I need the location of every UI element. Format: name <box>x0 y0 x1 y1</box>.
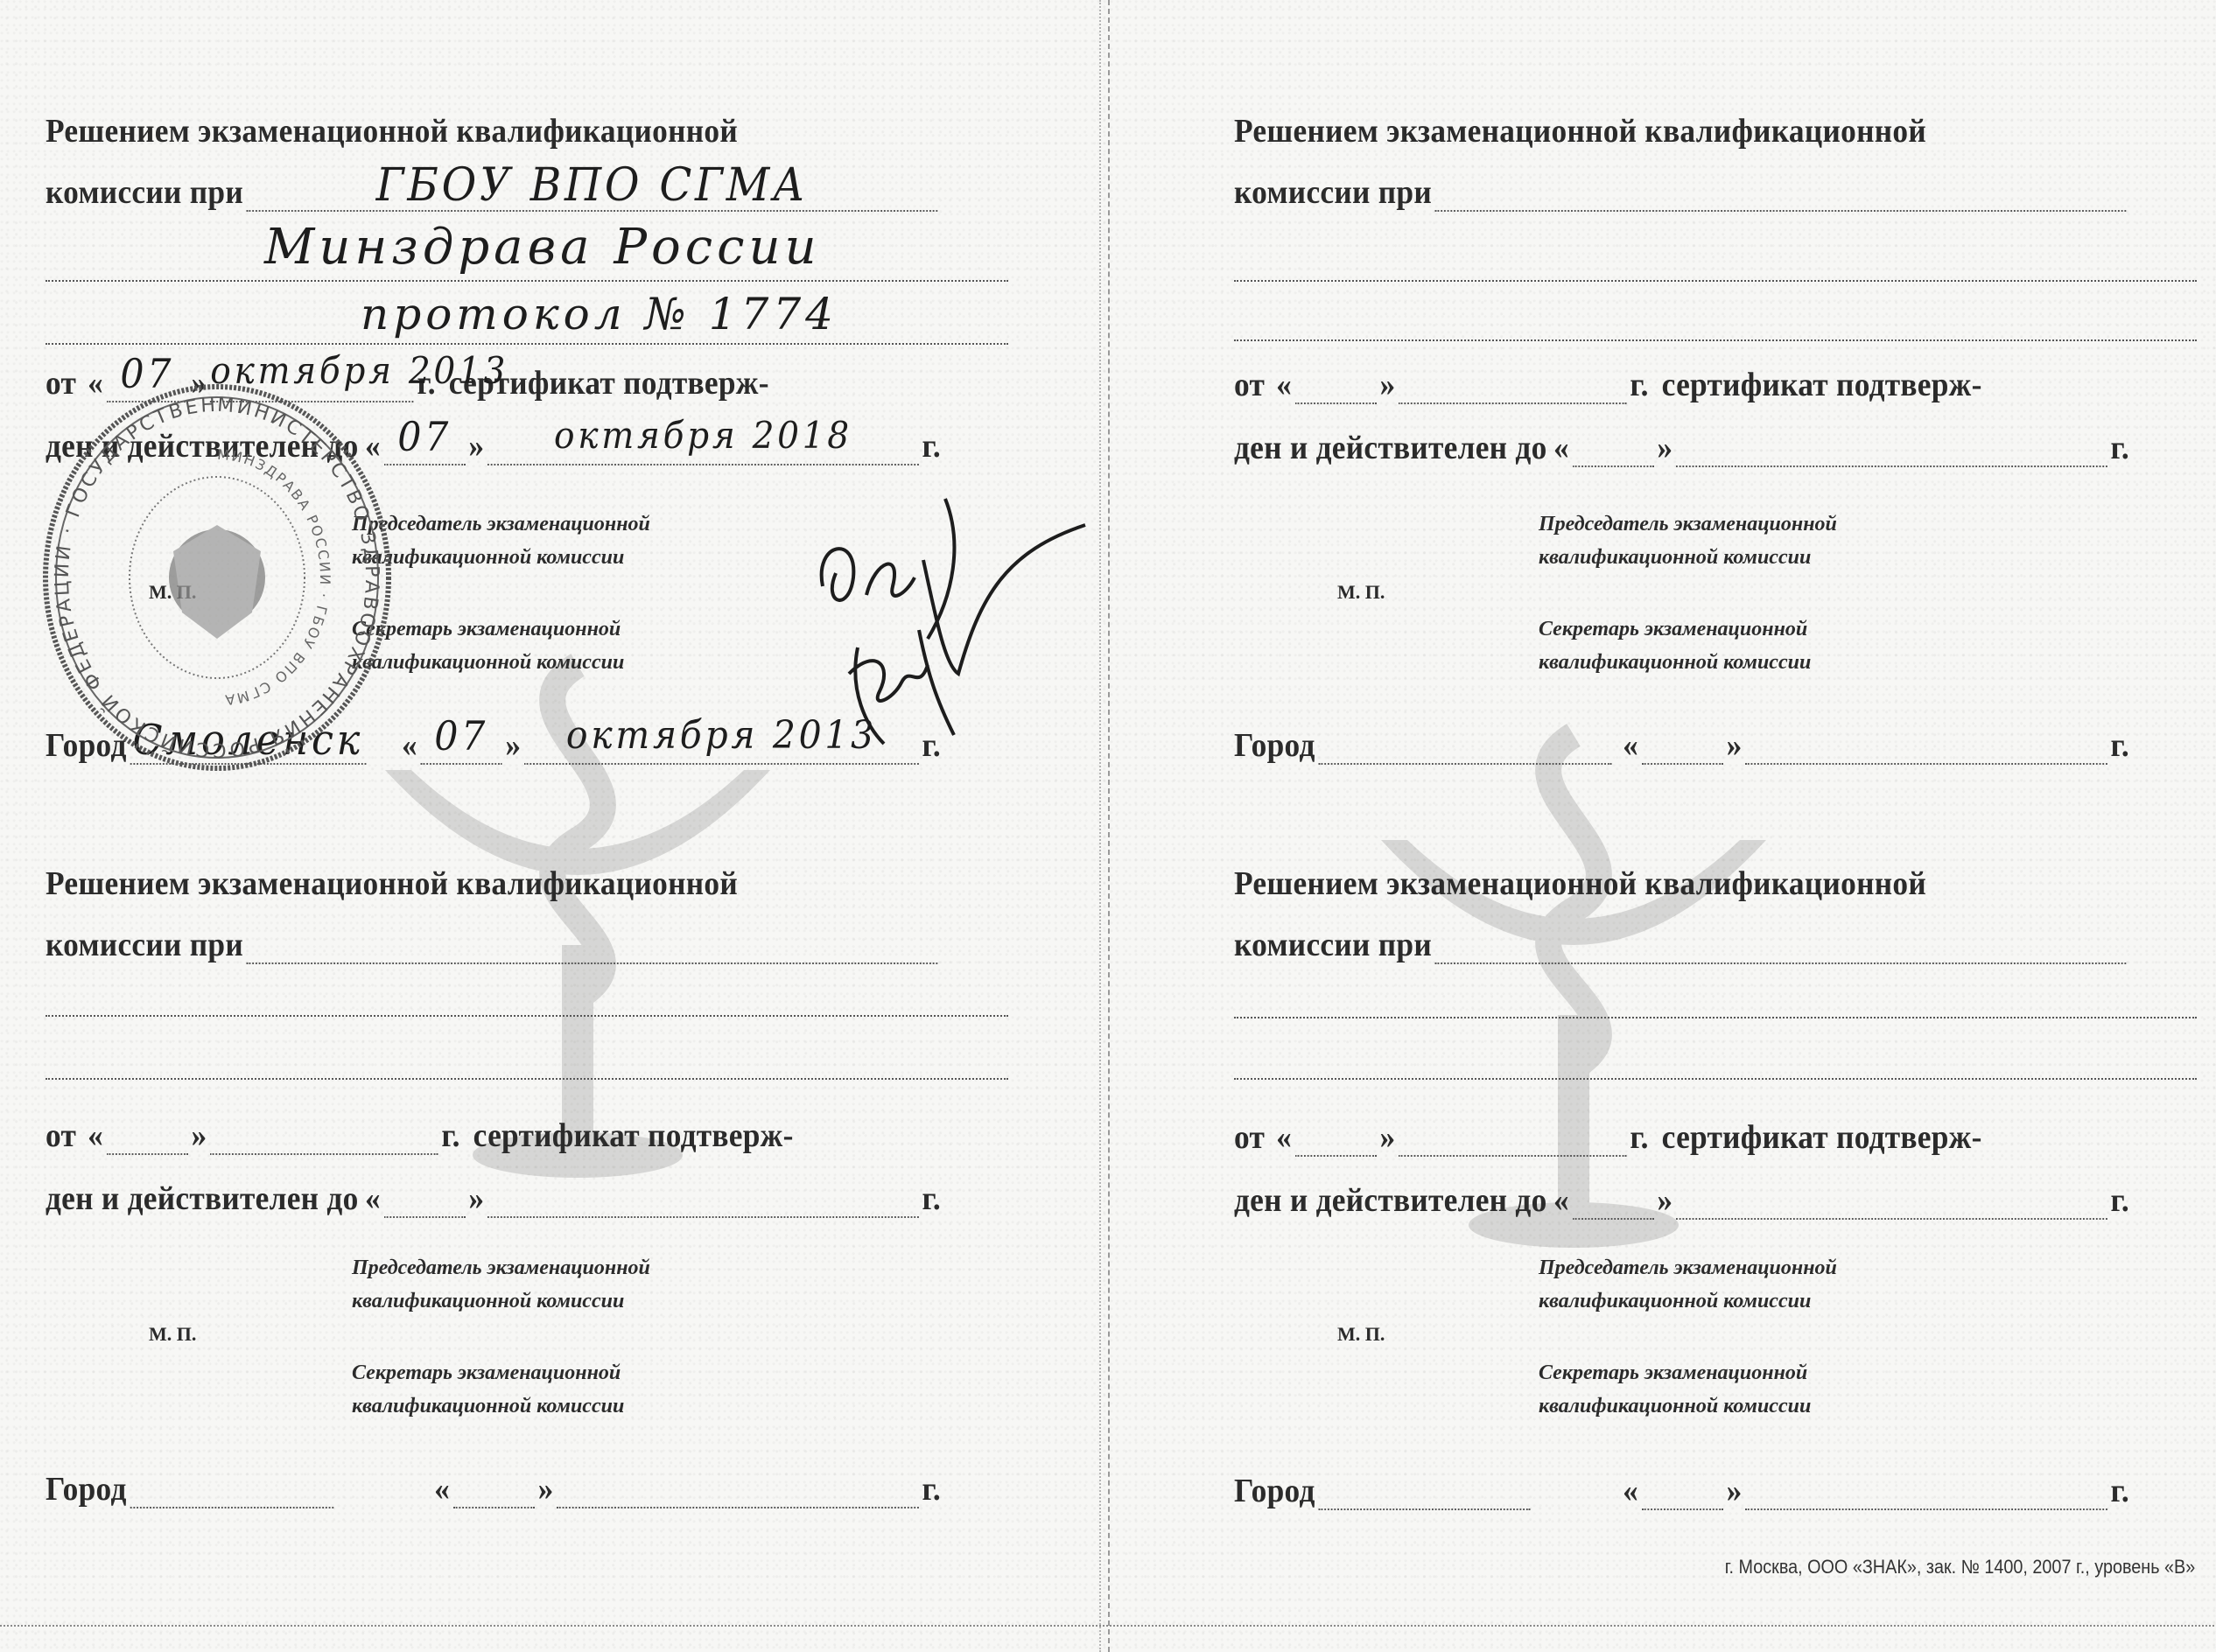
decision-line: Решением экзаменационной квалификационно… <box>1234 864 2129 903</box>
chairman-signature-icon <box>805 490 1094 682</box>
issue-day-field[interactable]: 07 <box>421 733 502 765</box>
commission-field[interactable] <box>1435 933 2127 964</box>
commission-line: комиссии при ГБОУ ВПО СГМА <box>46 173 941 212</box>
right-page: Решением экзаменационной квалификационно… <box>1108 0 2216 1652</box>
stamp-place-label: М. П. <box>1337 1323 1385 1346</box>
secretary-label: Секретарь экзаменационной квалификационн… <box>352 612 624 679</box>
issue-day-field[interactable] <box>453 1477 535 1508</box>
issue-month-year-field[interactable] <box>1745 733 2107 765</box>
commission-line: комиссии при <box>1234 173 2129 212</box>
chairman-label: Председатель экзаменационной квалификаци… <box>352 1251 650 1318</box>
commission-field-line2[interactable] <box>46 1015 1008 1017</box>
commission-handwritten: ГБОУ ВПО СГМА <box>247 159 938 212</box>
document-spread: Решением экзаменационной квалификационно… <box>0 0 2216 1652</box>
valid-until-line: ден и действителен до « » г. <box>46 1179 941 1218</box>
commission-field-line2[interactable] <box>46 280 1008 282</box>
city-field[interactable] <box>130 1477 333 1508</box>
from-day-field[interactable] <box>1295 1125 1377 1157</box>
valid-month-year-field[interactable] <box>487 1186 919 1218</box>
valid-day-field[interactable] <box>1573 1188 1654 1220</box>
protocol-handwritten: протокол № 1774 <box>361 289 838 339</box>
secretary-label: Секретарь экзаменационной квалификационн… <box>1539 1356 1811 1423</box>
page-border <box>0 1625 1108 1627</box>
svg-text:МИНЗДРАВА РОССИИ · ГБОУ ВПО СГ: МИНЗДРАВА РОССИИ · ГБОУ ВПО СГМА <box>217 446 333 709</box>
city-date-line: Город « » г. <box>46 1470 941 1508</box>
from-date-line: от « » г. сертификат подтверж- <box>1234 366 2129 404</box>
issue-day-field[interactable] <box>1642 733 1723 765</box>
page-border <box>1110 1625 2216 1627</box>
from-day-field[interactable] <box>1295 373 1377 404</box>
from-month-year-field[interactable] <box>1399 373 1626 404</box>
valid-until-line: ден и действителен до « 07 » октября 201… <box>46 427 941 465</box>
commission-field-line3[interactable] <box>1234 1078 2197 1080</box>
valid-until-line: ден и действителен до « » г. <box>1234 1181 2129 1220</box>
city-date-line: Город « » г. <box>1234 726 2129 765</box>
commission-handwritten-line2: Минздрава России <box>264 219 821 276</box>
commission-field[interactable]: ГБОУ ВПО СГМА <box>247 180 938 212</box>
commission-field[interactable] <box>1435 180 2127 212</box>
city-date-line: Город Смоленск « 07 » октября 2013 г. <box>46 726 941 765</box>
commission-field-line3[interactable] <box>46 1078 1008 1080</box>
valid-day-field[interactable]: 07 <box>384 434 466 465</box>
printer-imprint: г. Москва, ООО «ЗНАК», зак. № 1400, 2007… <box>1724 1556 2195 1578</box>
commission-field[interactable] <box>247 933 938 964</box>
from-month-year-field[interactable]: октября 2013 <box>210 371 414 402</box>
from-date-line: от « » г. сертификат подтверж- <box>46 1116 941 1155</box>
issue-month-year-field[interactable] <box>557 1477 919 1508</box>
city-field[interactable]: Смоленск <box>130 733 366 765</box>
city-date-line: Город « » г. <box>1234 1472 2129 1510</box>
commission-field-line3[interactable] <box>1234 339 2197 341</box>
from-day-field[interactable] <box>107 1123 188 1155</box>
issue-day-field[interactable] <box>1642 1479 1723 1510</box>
commission-line: комиссии при <box>46 926 941 964</box>
city-field[interactable] <box>1318 1479 1530 1510</box>
valid-day-field[interactable] <box>1573 436 1654 467</box>
valid-until-line: ден и действителен до « » г. <box>1234 429 2129 467</box>
chairman-label: Председатель экзаменационной квалификаци… <box>1539 1251 1837 1318</box>
chairman-label: Председатель экзаменационной квалификаци… <box>1539 507 1837 574</box>
city-field[interactable] <box>1318 733 1611 765</box>
commission-line: комиссии при <box>1234 926 2129 964</box>
decision-line: Решением экзаменационной квалификационно… <box>1234 112 2129 150</box>
stamp-place-label: М. П. <box>149 1323 196 1346</box>
issue-month-year-field[interactable] <box>1745 1479 2107 1510</box>
page-border <box>1099 0 1101 1652</box>
chairman-label: Председатель экзаменационной квалификаци… <box>352 507 650 574</box>
stamp-place-label: М. П. <box>149 581 196 604</box>
valid-month-year-field[interactable]: октября 2018 <box>487 434 919 465</box>
stamp-place-label: М. П. <box>1337 581 1385 604</box>
secretary-label: Секретарь экзаменационной квалификационн… <box>352 1356 624 1423</box>
decision-line: Решением экзаменационной квалификационно… <box>46 864 941 903</box>
decision-line: Решением экзаменационной квалификационно… <box>46 112 941 150</box>
left-page: Решением экзаменационной квалификационно… <box>0 0 1108 1652</box>
commission-field-line2[interactable] <box>1234 280 2197 282</box>
from-day-field[interactable]: 07 <box>107 371 188 402</box>
issue-month-year-field[interactable]: октября 2013 <box>524 733 919 765</box>
commission-field-line3[interactable] <box>46 343 1008 345</box>
valid-month-year-field[interactable] <box>1676 436 2107 467</box>
from-date-line: от « » г. сертификат подтверж- <box>1234 1118 2129 1157</box>
secretary-label: Секретарь экзаменационной квалификационн… <box>1539 612 1811 679</box>
from-month-year-field[interactable] <box>1399 1125 1626 1157</box>
from-date-line: от « 07 » октября 2013 г. сертификат под… <box>46 364 941 402</box>
commission-field-line2[interactable] <box>1234 1017 2197 1018</box>
valid-day-field[interactable] <box>384 1186 466 1218</box>
from-month-year-field[interactable] <box>210 1123 438 1155</box>
valid-month-year-field[interactable] <box>1676 1188 2107 1220</box>
